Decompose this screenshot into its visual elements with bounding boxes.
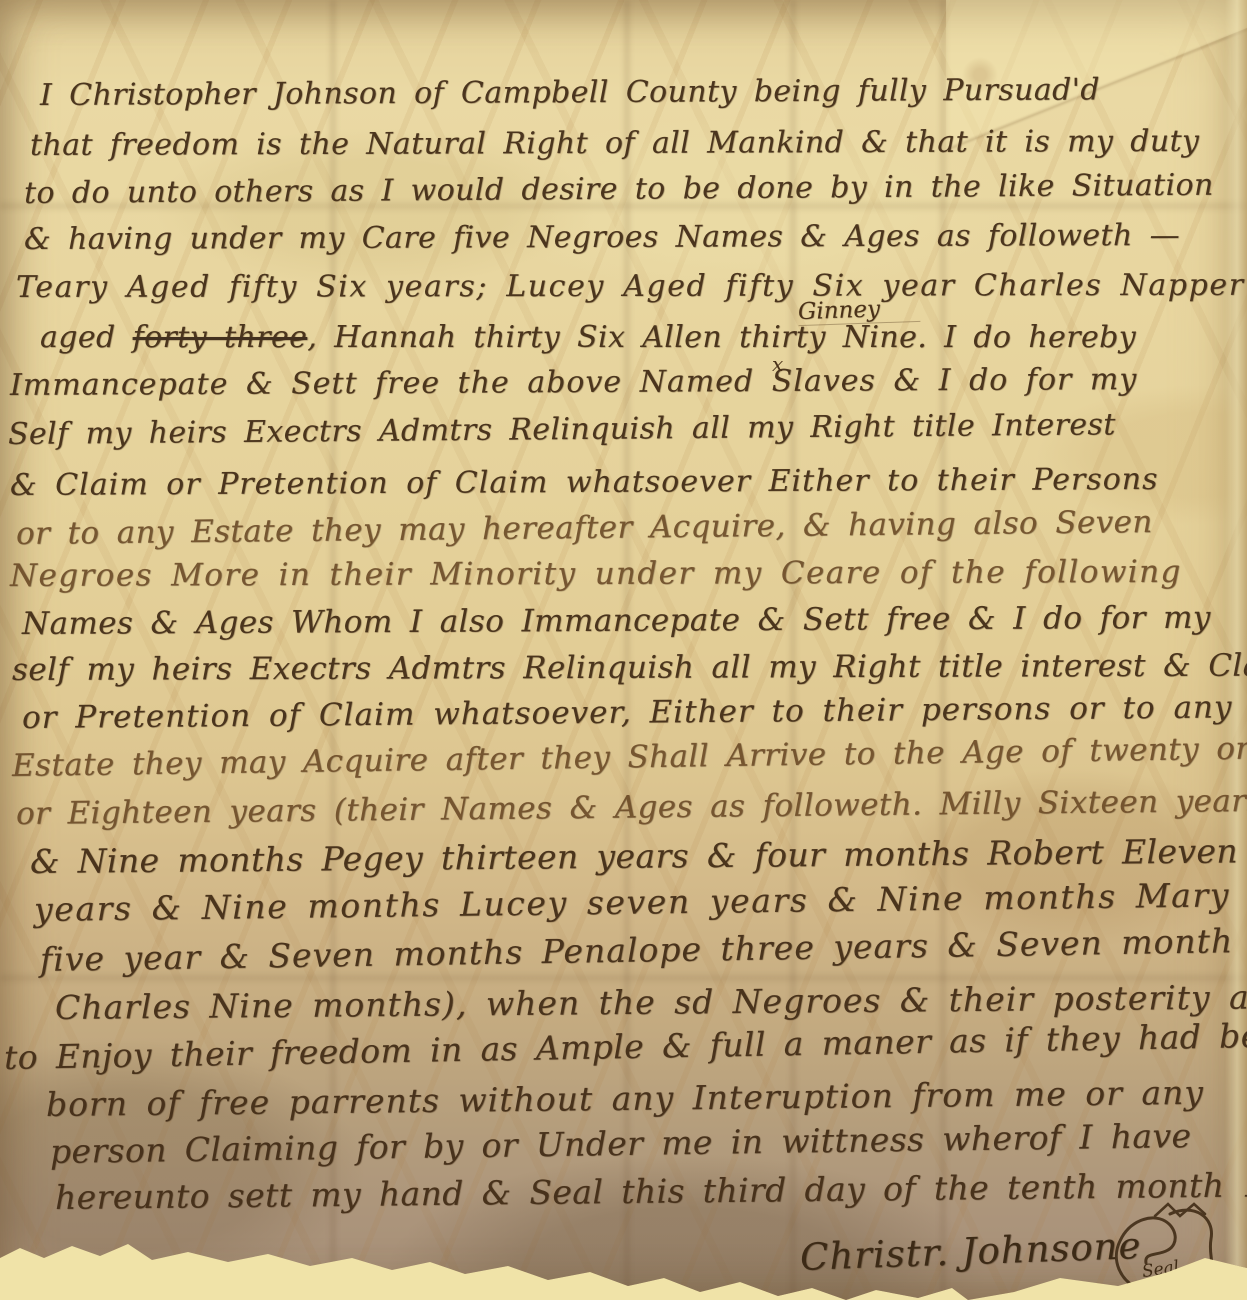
seal-label: Seal	[1141, 1257, 1181, 1282]
manuscript-text: I Christopher Johnson of Campbell County…	[0, 0, 1247, 1300]
manuscript-line-16: or Eighteen years (their Names & Ages as…	[16, 783, 1247, 832]
manuscript-line-14: or Pretention of Claim whatsoever, Eithe…	[22, 689, 1233, 736]
manuscript-line-18: years & Nine months Lucey seven years & …	[34, 875, 1230, 929]
manuscript-line-5: Teary Aged fifty Six years; Lucey Aged f…	[16, 268, 1245, 305]
manuscript-line-15: Estate they may Acquire after they Shall…	[12, 730, 1247, 784]
manuscript-photo: I Christopher Johnson of Campbell County…	[0, 0, 1247, 1300]
manuscript-page: I Christopher Johnson of Campbell County…	[0, 0, 1247, 1300]
seal-mark: Seal	[1098, 1200, 1230, 1300]
manuscript-line-3: to do unto others as I would desire to b…	[24, 168, 1214, 211]
bottom-left-tear	[16, 1266, 144, 1300]
interlinear-insertion: Ginney	[798, 295, 921, 326]
manuscript-line-7: Immancepate & Sett free the above Named …	[10, 362, 1137, 403]
manuscript-line-6: aged forty three, Hannah thirty Six Alle…	[40, 320, 1136, 355]
line-6-text: , Hannah thirty Six Allen thirty Nine. I…	[307, 320, 1136, 355]
signature: Christr. Johnsone	[799, 1224, 1142, 1279]
manuscript-line-19: five year & Seven months Penalope three …	[40, 921, 1234, 979]
manuscript-line-23: person Claiming for by or Under me in wi…	[50, 1116, 1192, 1171]
manuscript-line-11: Negroes More in their Minority under my …	[10, 554, 1182, 594]
manuscript-line-10: or to any Estate they may hereafter Acqu…	[16, 504, 1153, 552]
line-6-text: aged	[40, 320, 133, 355]
manuscript-line-8: Self my heirs Exectrs Admtrs Relinquish …	[8, 407, 1116, 452]
manuscript-line-13: self my heirs Exectrs Admtrs Relinquish …	[12, 647, 1247, 688]
manuscript-line-22: born of free parrents without any Interu…	[46, 1073, 1204, 1124]
struck-out-text: forty three	[133, 320, 308, 355]
manuscript-line-9: & Claim or Pretention of Claim whatsoeve…	[10, 462, 1159, 503]
manuscript-line-2: that freedom is the Natural Right of all…	[30, 124, 1199, 163]
manuscript-line-24: hereunto sett my hand & Seal this third …	[55, 1165, 1247, 1217]
insertion-caret: x	[772, 352, 783, 376]
manuscript-line-17: & Nine months Pegey thirteen years & fou…	[30, 831, 1238, 881]
manuscript-line-4: & having under my Care five Negroes Name…	[24, 218, 1180, 257]
manuscript-line-12: Names & Ages Whom I also Immancepate & S…	[22, 600, 1211, 642]
manuscript-line-1: I Christopher Johnson of Campbell County…	[40, 72, 1100, 113]
